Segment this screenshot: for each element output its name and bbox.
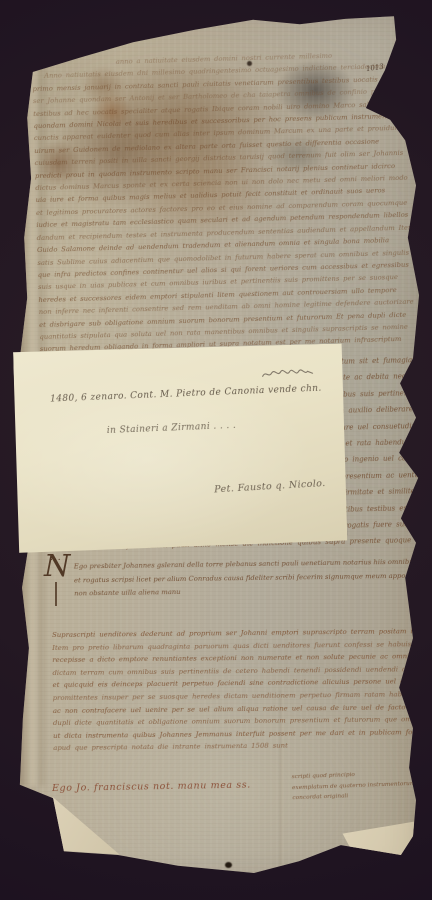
ink-spot — [342, 12, 348, 17]
photograph-of-manuscript: { "colors": { "background": "#241823", "… — [0, 0, 432, 900]
archival-paper-slip: 1480, 6 zenaro. Cont. M. Pietro de Canon… — [13, 344, 347, 553]
cancel-squiggle-icon — [261, 366, 313, 381]
